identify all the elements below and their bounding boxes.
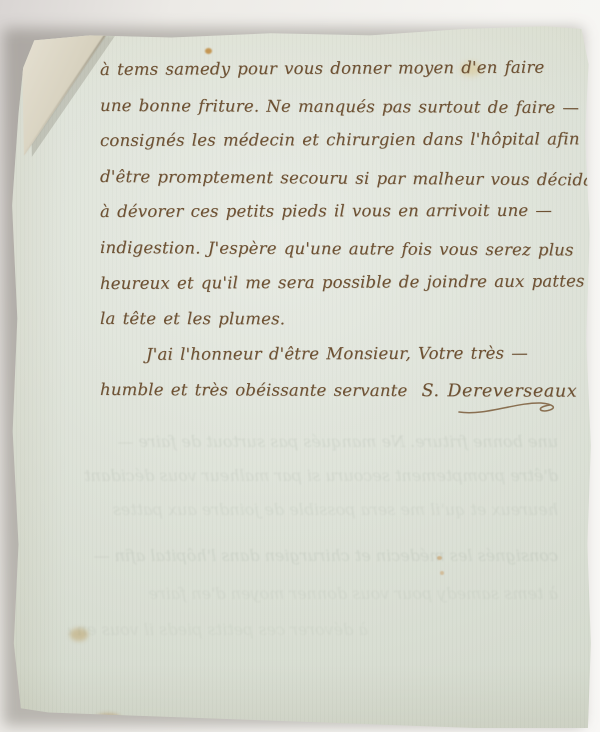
- handwritten-line: à dévorer ces petits pieds il vous en ar…: [100, 201, 562, 238]
- handwritten-line: la tête et les plumes.: [100, 309, 562, 345]
- show-through-line: à dévorer ces petits pieds il vous en ar…: [68, 620, 368, 639]
- handwritten-line: heureux et qu'il me sera possible de joi…: [100, 271, 562, 309]
- handwritten-line: d'être promptement secouru si par malheu…: [100, 167, 562, 206]
- show-through-line: d'être promptement secouru si par malheu…: [78, 466, 558, 485]
- handwritten-line: une bonne friture. Ne manqués pas surtou…: [100, 96, 562, 134]
- closing-line: J'ai l'honneur d'être Monsieur, Votre tr…: [100, 343, 562, 380]
- foxing-spot: [205, 48, 212, 54]
- handwritten-line: à tems samedy pour vous donner moyen d'e…: [100, 58, 562, 96]
- show-through-line: une bonne friture. Ne manqués pas surtou…: [78, 432, 558, 451]
- letter-page: indigestion. J'espère qu'une autre fois …: [8, 22, 592, 728]
- signature-flourish: [455, 394, 565, 420]
- letter-text: à tems samedy pour vous donner moyen d'e…: [100, 60, 562, 416]
- show-through-line: consignés les médecin et chirurgien dans…: [78, 546, 558, 565]
- handwritten-line: consignés les médecin et chirurgien dans…: [100, 130, 562, 167]
- foxing-spot: [440, 571, 444, 575]
- closing-text: humble et très obéissante servante: [100, 380, 408, 400]
- handwritten-line: indigestion. J'espère qu'une autre fois …: [100, 238, 562, 276]
- show-through-line: heureux et qu'il me sera possible de joi…: [78, 500, 558, 519]
- show-through-line: à tems samedy pour vous donner moyen d'e…: [78, 584, 558, 603]
